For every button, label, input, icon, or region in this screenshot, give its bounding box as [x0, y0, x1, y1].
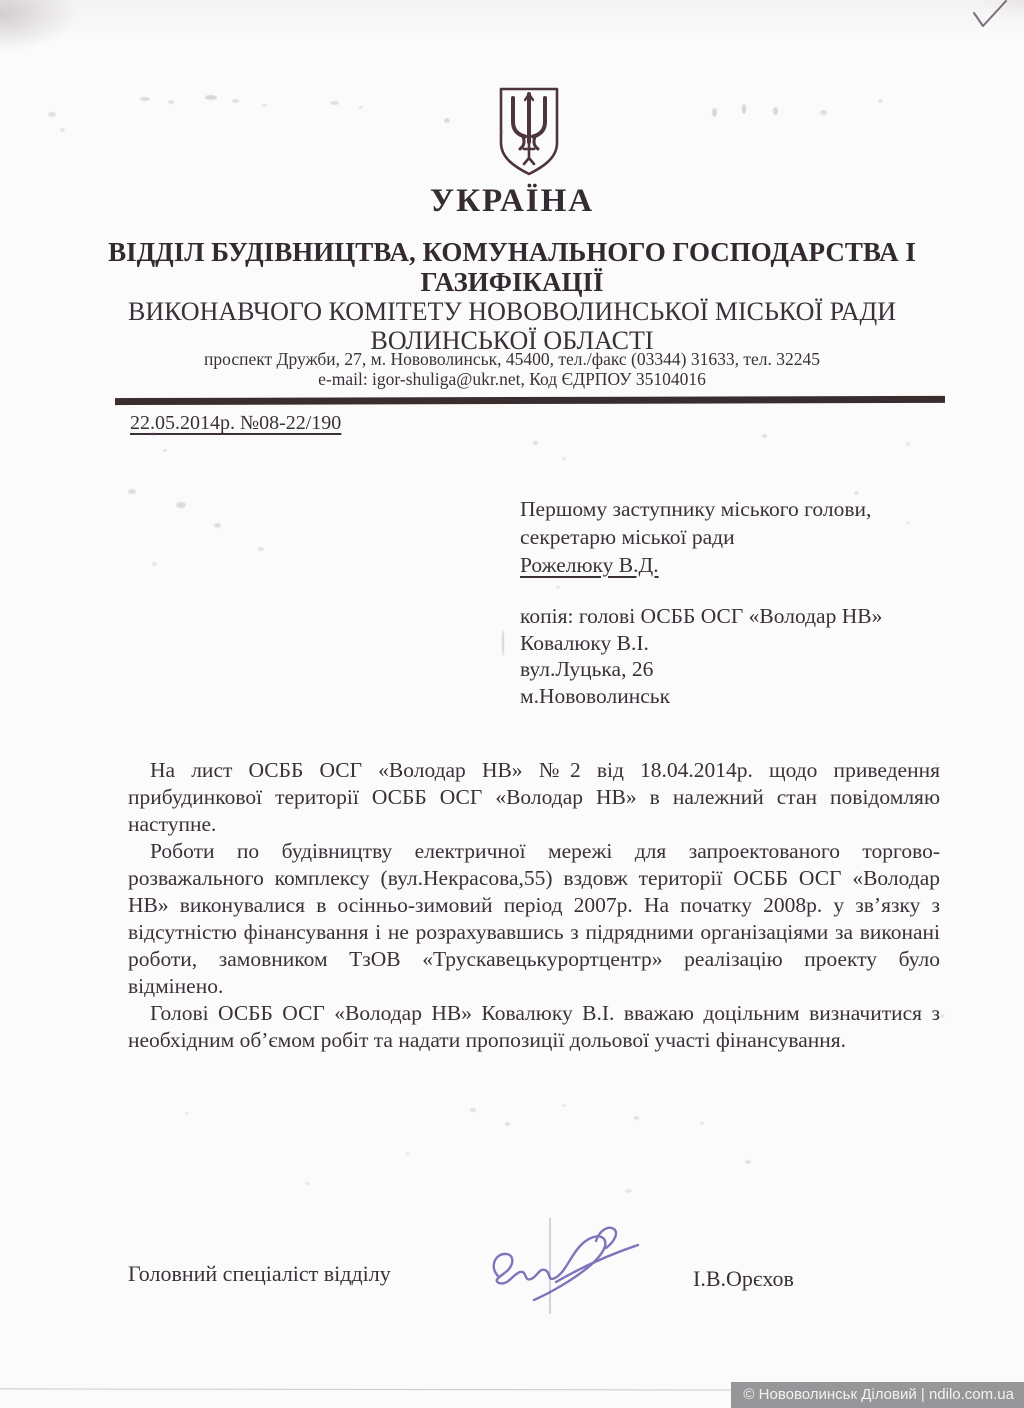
pen-checkmark-icon	[966, 0, 1014, 34]
country-title: УКРАЇНА	[0, 183, 1024, 220]
reference-date-number: 22.05.2014р. №08-22/190	[130, 412, 341, 435]
watermark-credit: © Нововолинськ Діловий | ndilo.com.ua	[731, 1382, 1024, 1408]
copy-recipient-line: копія: голові ОСББ ОСГ «Володар НВ»	[520, 603, 882, 630]
copy-recipient-line: вул.Луцька, 26	[520, 656, 882, 683]
recipient-name: Рожелюку В.Д.	[520, 551, 871, 579]
department-name-line2: ГАЗИФІКАЦІЇ	[0, 267, 1024, 298]
ukraine-trident-emblem-icon	[494, 86, 564, 178]
copy-recipient-block: копія: голові ОСББ ОСГ «Володар НВ» Кова…	[520, 603, 882, 709]
department-name-line3: ВИКОНАВЧОГО КОМІТЕТУ НОВОВОЛИНСЬКОЇ МІСЬ…	[0, 297, 1024, 327]
signer-name: І.В.Орєхов	[693, 1266, 794, 1292]
scan-crease-horizontal	[0, 1388, 808, 1390]
recipient-line: Першому заступнику міського голови,	[520, 495, 871, 523]
recipient-line: секретарю міської ради	[520, 523, 871, 551]
signer-position: Головний спеціаліст відділу	[128, 1261, 391, 1287]
body-paragraph-3: Голові ОСББ ОСГ «Володар НВ» Ковалюку В.…	[128, 1000, 940, 1054]
scan-crease-vertical	[549, 1218, 551, 1314]
letterhead-divider-rule	[115, 396, 945, 405]
handwritten-signature-icon	[478, 1218, 658, 1318]
scanned-letter-page: УКРАЇНА ВІДДІЛ БУДІВНИЦТВА, КОМУНАЛЬНОГО…	[0, 0, 1024, 1408]
body-paragraph-1: На лист ОСББ ОСГ «Володар НВ» №2 від 18.…	[128, 757, 940, 838]
letterhead-contact: e-mail: igor-shuliga@ukr.net, Код ЄДРПОУ…	[0, 369, 1024, 390]
letterhead-address: проспект Дружби, 27, м. Нововолинськ, 45…	[0, 349, 1024, 370]
department-name-line1: ВІДДІЛ БУДІВНИЦТВА, КОМУНАЛЬНОГО ГОСПОДА…	[0, 237, 1024, 268]
recipient-block: Першому заступнику міського голови, секр…	[520, 495, 871, 579]
copy-recipient-line: м.Нововолинськ	[520, 683, 882, 710]
copy-recipient-line: Ковалюку В.І.	[520, 630, 882, 657]
letter-body: На лист ОСББ ОСГ «Володар НВ» №2 від 18.…	[128, 757, 940, 1054]
body-paragraph-2: Роботи по будівництву електричної мережі…	[128, 838, 940, 1000]
